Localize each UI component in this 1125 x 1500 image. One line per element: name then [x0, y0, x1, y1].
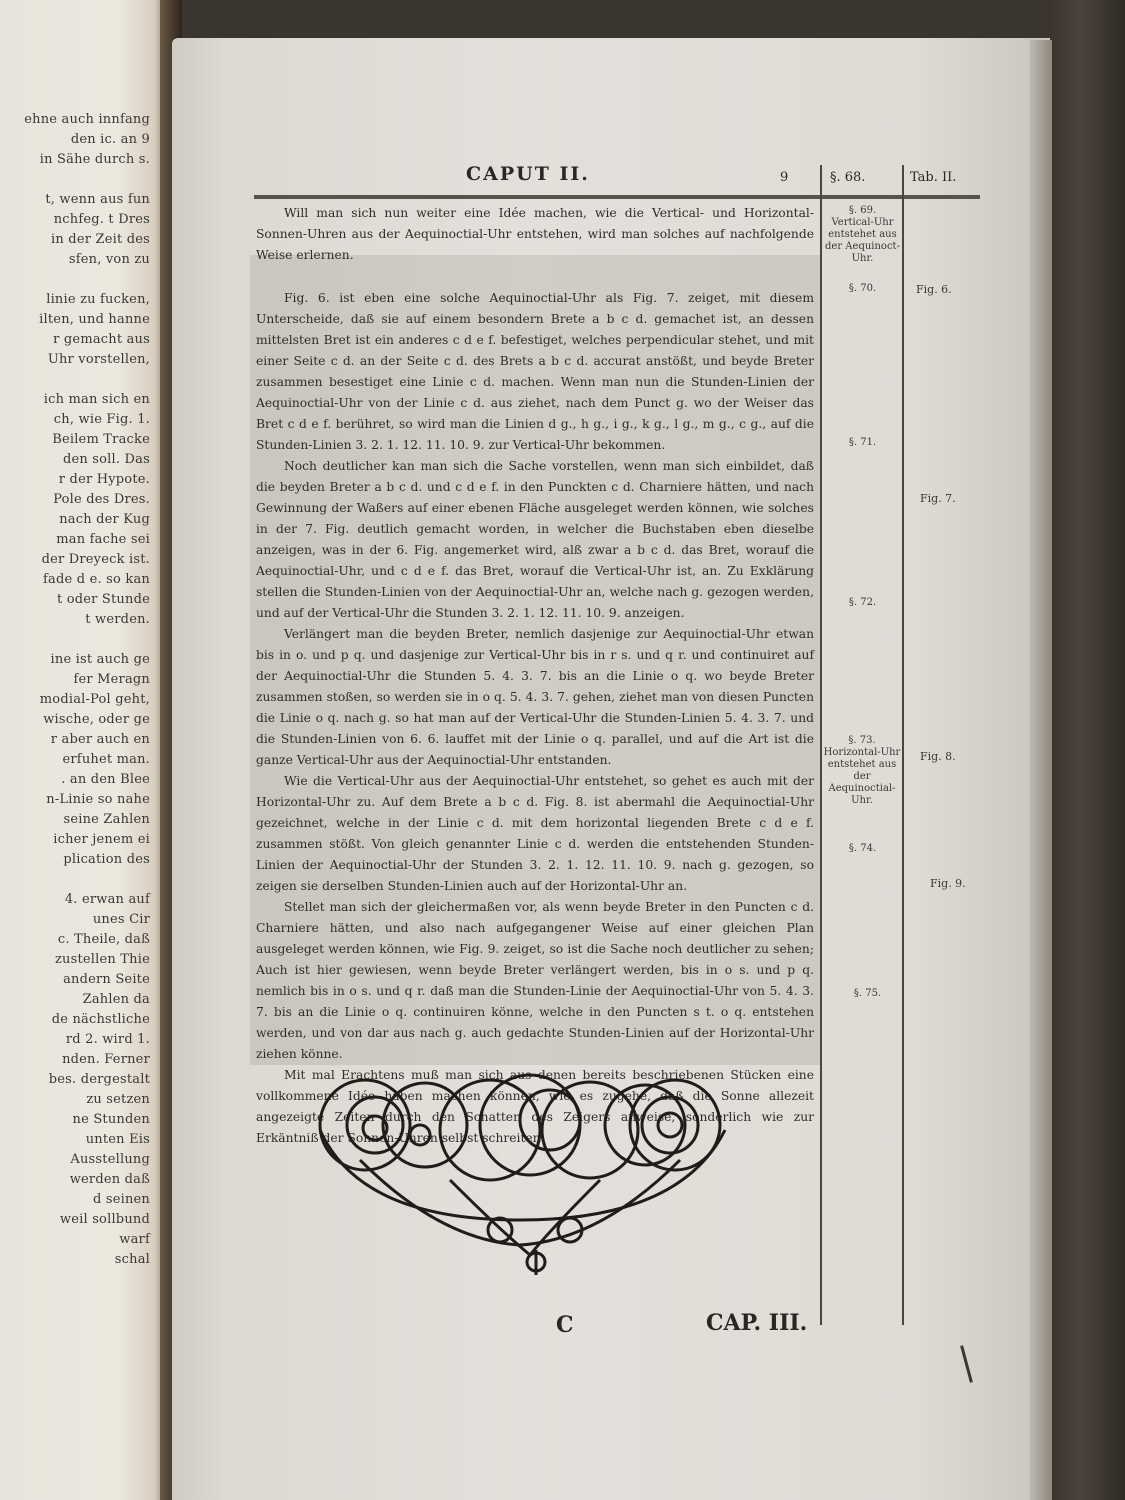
running-header: CAPUT II. [466, 163, 590, 185]
signature-mark: C [556, 1312, 574, 1338]
margin-rule-right [902, 165, 904, 1325]
left-page: ehne auch innfang den ic. an 9 in Sähe d… [0, 0, 168, 1500]
left-page-text: ehne auch innfang den ic. an 9 in Sähe d… [0, 110, 150, 1270]
margin-note-label: §. 71. [825, 437, 900, 449]
margin-note-text: Horizontal-Uhr entstehet aus der Aequino… [822, 747, 902, 807]
paragraph: Stellet man sich der gleichermaßen vor, … [256, 897, 814, 1065]
margin-note-label: §. 70. [825, 283, 900, 295]
margin-note-label: §. 72. [825, 597, 900, 609]
margin-note: §. 72. [825, 597, 900, 609]
paragraph: Fig. 6. ist eben eine solche Aequinoctia… [256, 288, 814, 456]
page-edge [1030, 40, 1052, 1500]
margin-note-label: §. 74. [825, 843, 900, 855]
figure-reference: Fig. 7. [920, 492, 956, 505]
header-rule [254, 195, 980, 199]
margin-note: §. 70. [825, 283, 900, 295]
margin-note: §. 71. [825, 437, 900, 449]
margin-note: §. 73. Horizontal-Uhr entstehet aus der … [822, 735, 902, 807]
background-books [1050, 0, 1125, 1500]
margin-column-header: §. 68. [830, 170, 865, 185]
catchword: CAP. III. [706, 1310, 807, 1336]
figure-reference: Fig. 9. [930, 877, 966, 890]
body-text: Will man sich nun weiter eine Idée mache… [256, 203, 814, 1149]
margin-note-text: Vertical-Uhr entstehet aus der Aequinoct… [825, 217, 900, 265]
paragraph: Will man sich nun weiter eine Idée mache… [256, 203, 814, 266]
ornament-flourish-icon [300, 1070, 740, 1280]
margin-note-label: §. 73. [822, 735, 902, 747]
plate-column-header: Tab. II. [910, 170, 956, 185]
margin-note-label: §. 75. [830, 988, 905, 1000]
margin-note: §. 69. Vertical-Uhr entstehet aus der Ae… [825, 205, 900, 265]
paragraph: Wie die Vertical-Uhr aus der Aequinoctia… [256, 771, 814, 897]
figure-reference: Fig. 6. [916, 283, 952, 296]
margin-note: §. 74. [825, 843, 900, 855]
paragraph: Noch deutlicher kan man sich die Sache v… [256, 456, 814, 624]
page-number: 9 [780, 170, 788, 185]
paragraph: Verlängert man die beyden Breter, nemlic… [256, 624, 814, 771]
margin-note: §. 75. [830, 988, 905, 1000]
figure-reference: Fig. 8. [920, 750, 956, 763]
background-shelf [150, 0, 1125, 40]
margin-note-label: §. 69. [825, 205, 900, 217]
